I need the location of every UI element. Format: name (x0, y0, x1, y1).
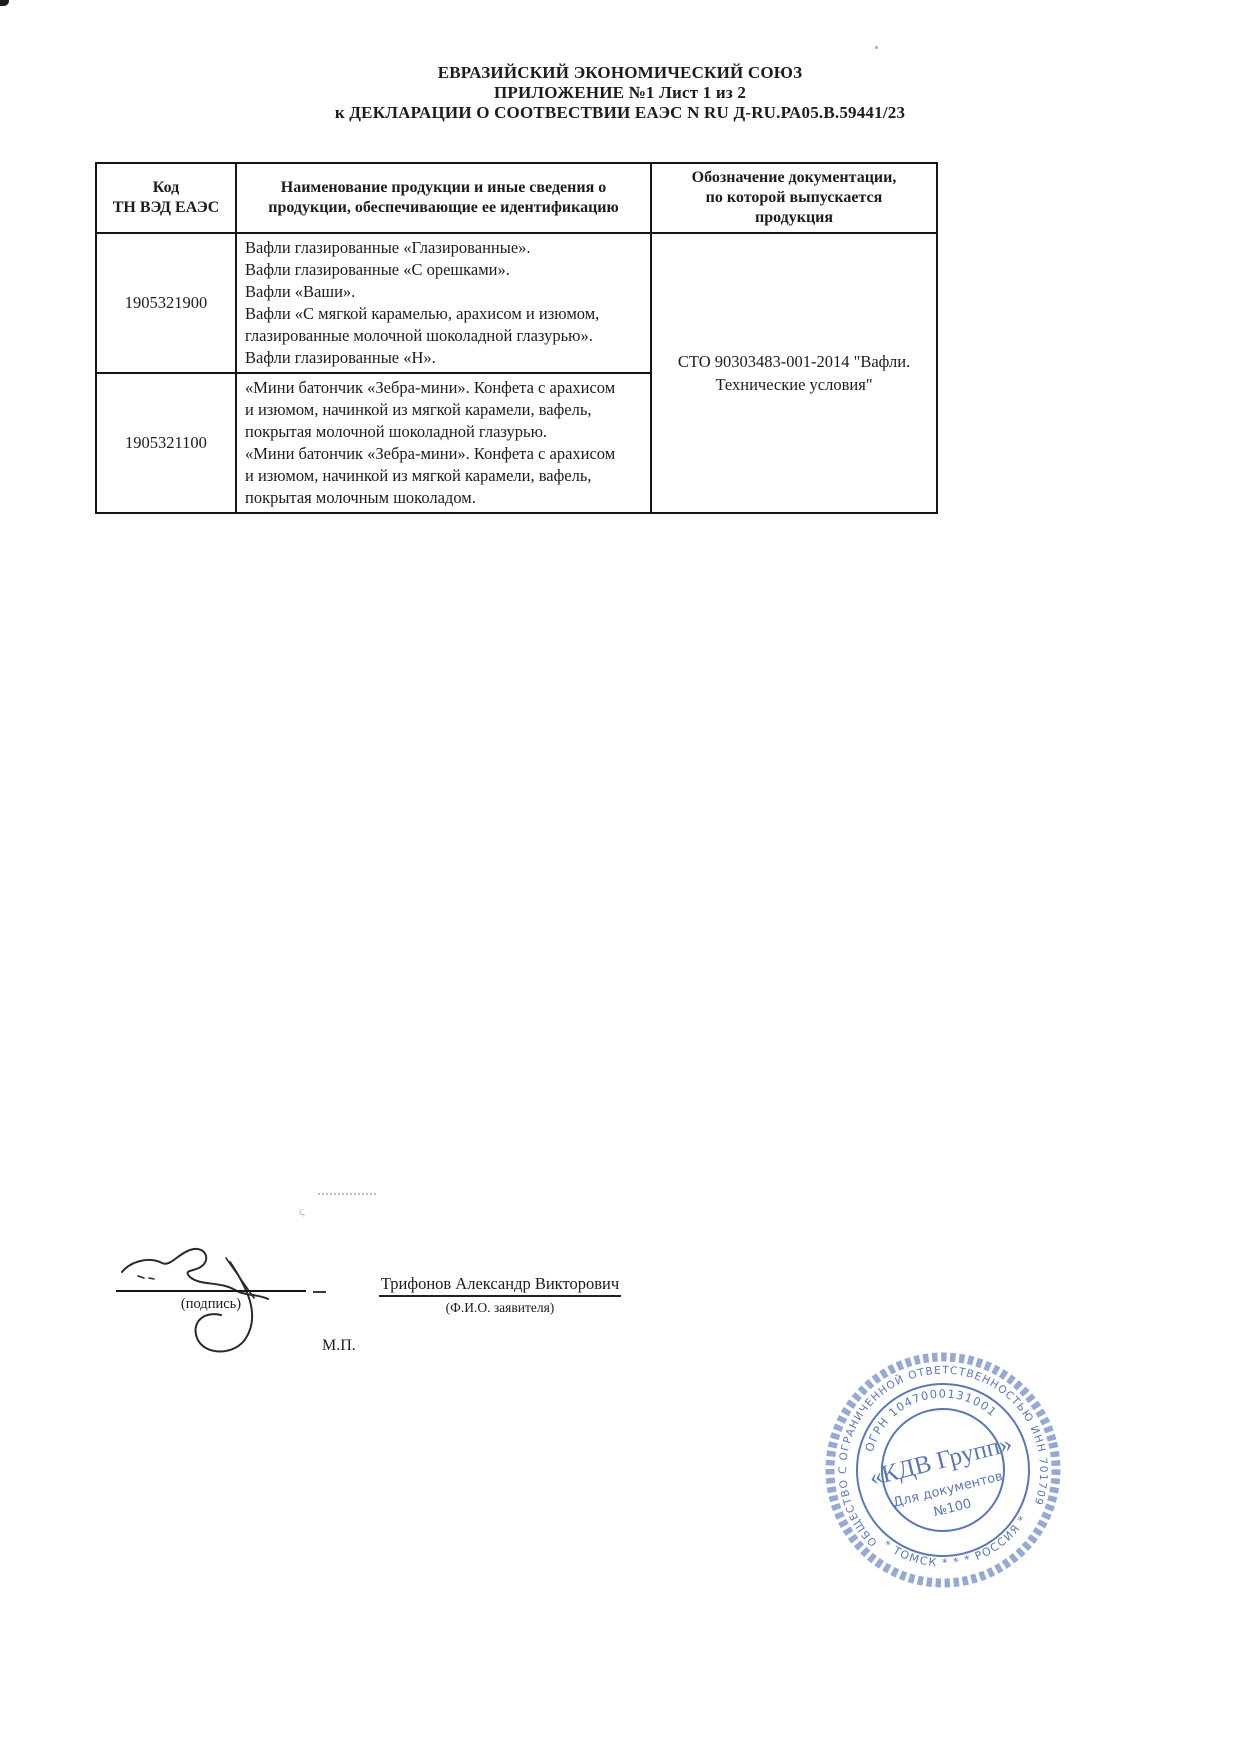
tnved-code-1: 1905321900 (96, 233, 236, 373)
scan-corner-artifact (0, 0, 9, 6)
products-list-2: «Мини батончик «Зебра-мини». Конфета с а… (236, 373, 651, 513)
applicant-block: Трифонов Александр Викторович (Ф.И.О. за… (366, 1274, 634, 1316)
declaration-number-line: к ДЕКЛАРАЦИИ О СООТВЕСТВИИ ЕАЭС N RU Д-R… (0, 103, 1240, 123)
annex-title: ПРИЛОЖЕНИЕ №1 Лист 1 из 2 (0, 83, 1240, 103)
table-row: 1905321900 Вафли глазированные «Глазиров… (96, 233, 937, 373)
col-header-docs: Обозначение документации, по которой вып… (651, 163, 937, 233)
stamp-svg: ОБЩЕСТВО С ОГРАНИЧЕННОЙ ОТВЕТСТВЕННОСТЬЮ… (813, 1340, 1073, 1600)
applicant-name: Трифонов Александр Викторович (379, 1274, 621, 1297)
col-header-product: Наименование продукции и иные сведения о… (236, 163, 651, 233)
document-header: ЕВРАЗИЙСКИЙ ЭКОНОМИЧЕСКИЙ СОЮЗ ПРИЛОЖЕНИ… (0, 63, 1240, 123)
scanned-declaration-page: ЕВРАЗИЙСКИЙ ЭКОНОМИЧЕСКИЙ СОЮЗ ПРИЛОЖЕНИ… (0, 0, 1240, 1754)
scan-curl-artifact: ς (297, 1204, 305, 1220)
scan-dots-artifact (318, 1193, 376, 1195)
col-header-code: Код ТН ВЭД ЕАЭС (96, 163, 236, 233)
union-title: ЕВРАЗИЙСКИЙ ЭКОНОМИЧЕСКИЙ СОЮЗ (0, 63, 1240, 83)
applicant-caption: (Ф.И.О. заявителя) (366, 1300, 634, 1316)
signature-line (116, 1290, 306, 1292)
signature-line-dash (313, 1291, 326, 1293)
products-table: Код ТН ВЭД ЕАЭС Наименование продукции и… (95, 162, 938, 514)
company-stamp: ОБЩЕСТВО С ОГРАНИЧЕННОЙ ОТВЕТСТВЕННОСТЬЮ… (813, 1340, 1073, 1600)
products-list-1: Вафли глазированные «Глазированные». Ваф… (236, 233, 651, 373)
scan-speck (875, 46, 878, 49)
stamp-place-label: М.П. (322, 1337, 356, 1355)
table-header-row: Код ТН ВЭД ЕАЭС Наименование продукции и… (96, 163, 937, 233)
doc-reference-cell: СТО 90303483-001-2014 "Вафли. Технически… (651, 233, 937, 513)
tnved-code-2: 1905321100 (96, 373, 236, 513)
signature-caption: (подпись) (116, 1296, 306, 1313)
